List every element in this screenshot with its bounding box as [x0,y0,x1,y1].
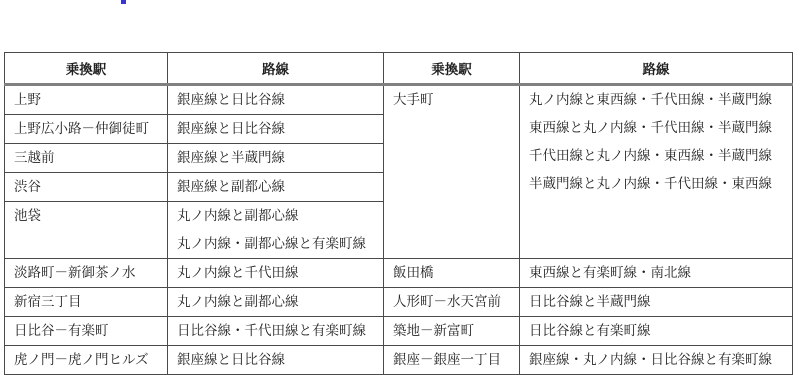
station-cell: 池袋 [5,202,168,259]
station-cell: 淡路町－新御茶ノ水 [5,259,168,288]
lines-cell: 銀座線・丸ノ内線・日比谷線と有楽町線 [520,346,793,375]
line-entry: 丸ノ内線と副都心線 [177,202,374,230]
station-cell: 渋谷 [5,173,168,202]
table-row: 虎ノ門－虎ノ門ヒルズ 銀座線と日比谷線 銀座－銀座一丁目 銀座線・丸ノ内線・日比… [5,346,793,375]
header-row: 乗換駅 路線 乗換駅 路線 [5,53,793,85]
station-cell: 虎ノ門－虎ノ門ヒルズ [5,346,168,375]
transfer-station-table: 乗換駅 路線 乗換駅 路線 上野 銀座線と日比谷線 大手町 丸ノ内線と東西線・千… [4,52,793,375]
station-cell: 日比谷－有楽町 [5,317,168,346]
station-cell: 新宿三丁目 [5,288,168,317]
line-entry: 半蔵門線と丸ノ内線・千代田線・東西線 [529,170,783,198]
clipped-text-artifact [121,0,126,4]
lines-cell: 銀座線と日比谷線 [168,346,384,375]
station-cell: 上野 [5,85,168,115]
lines-cell: 銀座線と副都心線 [168,173,384,202]
station-cell-merged: 大手町 [384,85,520,259]
lines-cell: 日比谷線・千代田線と有楽町線 [168,317,384,346]
station-cell: 飯田橋 [384,259,520,288]
station-cell: 三越前 [5,144,168,173]
column-header-lines-right: 路線 [520,53,793,85]
line-entry: 丸ノ内線・副都心線と有楽町線 [177,230,374,258]
column-header-station-right: 乗換駅 [384,53,520,85]
station-cell: 人形町－水天宮前 [384,288,520,317]
lines-cell: 日比谷線と有楽町線 [520,317,793,346]
lines-cell: 銀座線と半蔵門線 [168,144,384,173]
lines-cell: 丸ノ内線と副都心線 丸ノ内線・副都心線と有楽町線 [168,202,384,259]
line-entry: 千代田線と丸ノ内線・東西線・半蔵門線 [529,142,783,170]
table-row: 新宿三丁目 丸ノ内線と副都心線 人形町－水天宮前 日比谷線と半蔵門線 [5,288,793,317]
table-row: 淡路町－新御茶ノ水 丸ノ内線と千代田線 飯田橋 東西線と有楽町線・南北線 [5,259,793,288]
lines-cell: 丸ノ内線と副都心線 [168,288,384,317]
line-entry: 丸ノ内線と東西線・千代田線・半蔵門線 [529,86,783,114]
lines-cell: 銀座線と日比谷線 [168,115,384,144]
line-entry: 東西線と丸ノ内線・千代田線・半蔵門線 [529,114,783,142]
lines-cell: 銀座線と日比谷線 [168,85,384,115]
table-row: 日比谷－有楽町 日比谷線・千代田線と有楽町線 築地－新富町 日比谷線と有楽町線 [5,317,793,346]
lines-cell: 丸ノ内線と千代田線 [168,259,384,288]
station-cell: 築地－新富町 [384,317,520,346]
column-header-station-left: 乗換駅 [5,53,168,85]
lines-cell: 東西線と有楽町線・南北線 [520,259,793,288]
station-cell: 銀座－銀座一丁目 [384,346,520,375]
column-header-lines-left: 路線 [168,53,384,85]
table-row: 上野 銀座線と日比谷線 大手町 丸ノ内線と東西線・千代田線・半蔵門線 東西線と丸… [5,85,793,115]
station-cell: 上野広小路－仲御徒町 [5,115,168,144]
lines-cell: 日比谷線と半蔵門線 [520,288,793,317]
page: 乗換駅 路線 乗換駅 路線 上野 銀座線と日比谷線 大手町 丸ノ内線と東西線・千… [0,0,800,375]
lines-cell-merged: 丸ノ内線と東西線・千代田線・半蔵門線 東西線と丸ノ内線・千代田線・半蔵門線 千代… [520,85,793,259]
